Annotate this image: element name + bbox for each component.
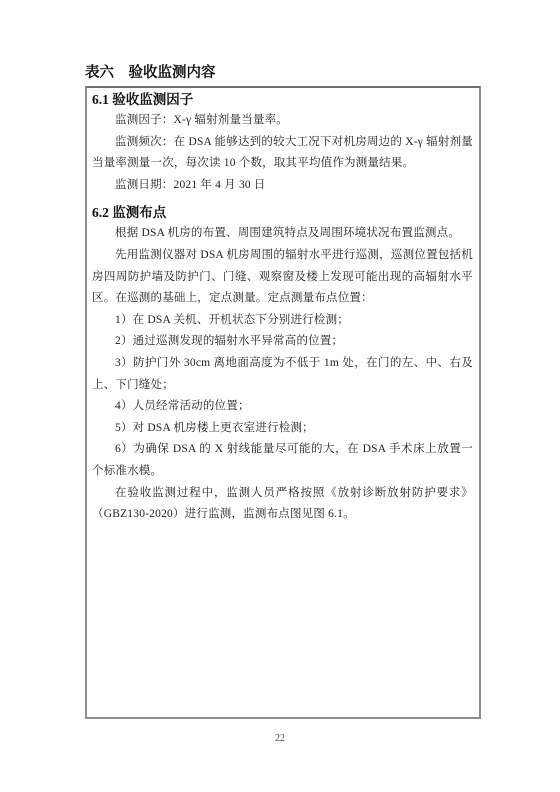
page-number: 22 (0, 733, 560, 745)
section-6-1: 6.1 验收监测因子 监测因子：X-γ 辐射剂量当量率。 监测频次：在 DSA … (92, 89, 473, 196)
list-item-5: 5）对 DSA 机房楼上更衣室进行检测； (92, 418, 473, 440)
list-item-1: 1）在 DSA 关机、开机状态下分别进行检测； (92, 310, 473, 332)
list-item-4: 4）人员经常活动的位置； (92, 396, 473, 418)
layout-basis-paragraph: 根据 DSA 机房的布置、周围建筑特点及周围环境状况布置监测点。 (92, 223, 473, 245)
monitoring-date-paragraph: 监测日期：2021 年 4 月 30 日 (92, 175, 473, 197)
list-item-3: 3）防护门外 30cm 离地面高度为不低于 1m 处，在门的左、中、右及上、下门… (92, 353, 473, 396)
section-6-1-heading: 6.1 验收监测因子 (92, 89, 473, 110)
document-page: 表六 验收监测内容 6.1 验收监测因子 监测因子：X-γ 辐射剂量当量率。 监… (0, 0, 560, 792)
monitoring-frequency-paragraph: 监测频次：在 DSA 能够达到的较大工况下对机房周边的 X-γ 辐射剂量当量率测… (92, 132, 473, 175)
page-title: 表六 验收监测内容 (85, 64, 216, 82)
section-6-2: 6.2 监测布点 根据 DSA 机房的布置、周围建筑特点及周围环境状况布置监测点… (92, 202, 473, 525)
content-box: 6.1 验收监测因子 监测因子：X-γ 辐射剂量当量率。 监测频次：在 DSA … (85, 86, 481, 719)
list-item-2: 2）通过巡测发现的辐射水平异常高的位置； (92, 331, 473, 353)
list-item-6: 6）为确保 DSA 的 X 射线能量尽可能的大，在 DSA 手术床上放置一个标准… (92, 439, 473, 482)
standard-reference-paragraph: 在验收监测过程中，监测人员严格按照《放射诊断放射防护要求》（GBZ130-202… (92, 483, 473, 526)
section-6-2-heading: 6.2 监测布点 (92, 202, 473, 223)
survey-method-paragraph: 先用监测仪器对 DSA 机房周围的辐射水平进行巡测，巡测位置包括机房四周防护墙及… (92, 245, 473, 310)
monitoring-factor-paragraph: 监测因子：X-γ 辐射剂量当量率。 (92, 110, 473, 132)
